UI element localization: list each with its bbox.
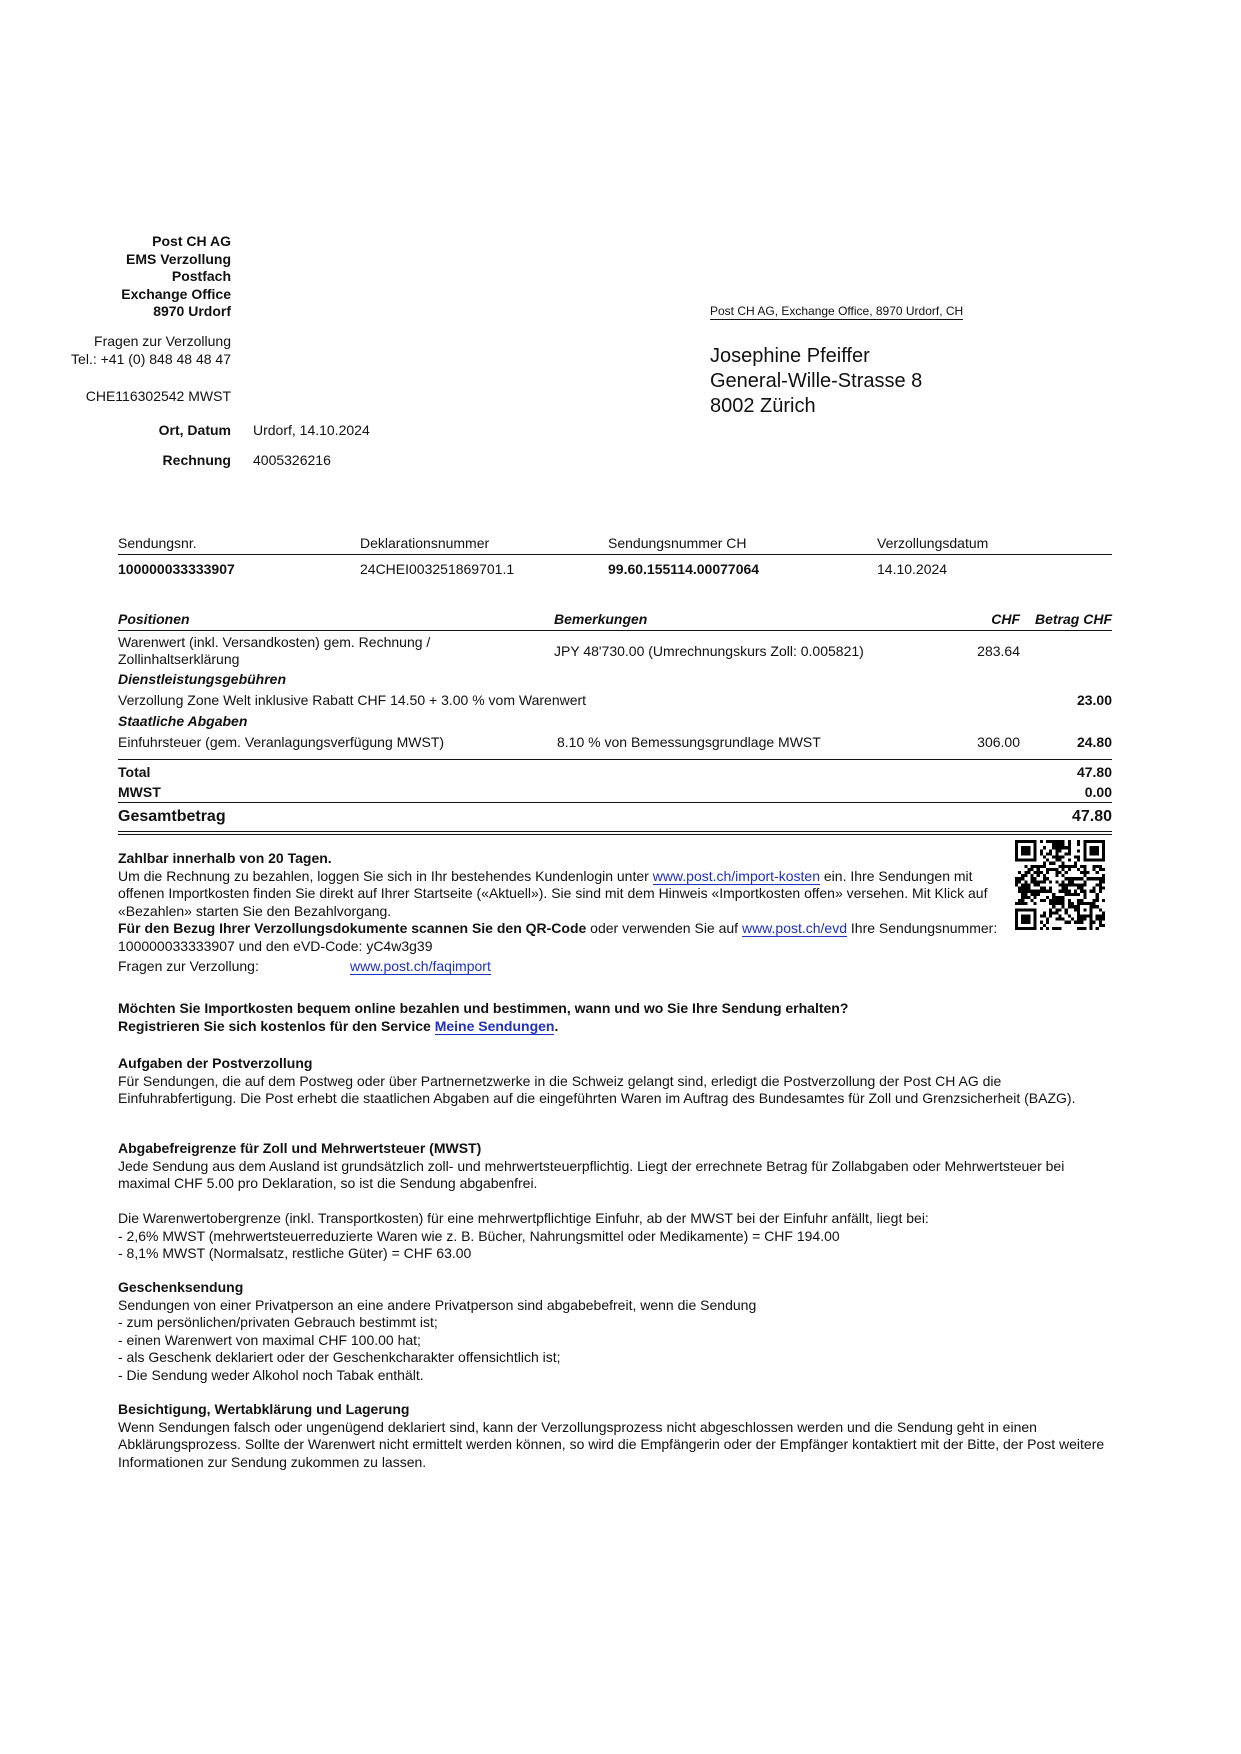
positions-table: Positionen Bemerkungen CHF Betrag CHF Wa… (118, 611, 1112, 753)
faq-label: Fragen zur Verzollung: (118, 958, 350, 975)
shipment-number: 100000033333907 (118, 561, 360, 577)
section-body: Für Sendungen, die auf dem Postweg oder … (118, 1073, 1112, 1108)
totals: Total 47.80 MWST 0.00 (118, 759, 1112, 802)
sender-line: Postfach (40, 268, 231, 286)
promo-line: Möchten Sie Importkosten bequem online b… (118, 999, 1112, 1017)
col-header: Sendungsnr. (118, 535, 360, 551)
invoice-row: Rechnung 4005326216 (40, 452, 540, 468)
date-row: Ort, Datum Urdorf, 14.10.2024 (40, 422, 540, 438)
position-desc: Warenwert (inkl. Versandkosten) gem. Rec… (118, 634, 554, 668)
section-title: Geschenksendung (118, 1279, 1112, 1297)
evd-link[interactable]: www.post.ch/evd (742, 920, 847, 937)
list-item: - zum persönlichen/privaten Gebrauch bes… (118, 1314, 1112, 1332)
documents-instructions: Für den Bezug Ihrer Verzollungsdokumente… (118, 920, 998, 955)
sender-line: Post CH AG (40, 233, 231, 251)
invoice-number: 4005326216 (253, 452, 331, 468)
text: Um die Rechnung zu bezahlen, loggen Sie … (118, 868, 653, 884)
col-header: Betrag CHF (1020, 611, 1112, 627)
list-item: - 8,1% MWST (Normalsatz, restliche Güter… (118, 1245, 1112, 1263)
grand-total: Gesamtbetrag 47.80 (118, 802, 1112, 835)
grand-total-row: Gesamtbetrag 47.80 (118, 803, 1112, 835)
invoice-label: Rechnung (40, 452, 231, 468)
total-label: Total (118, 762, 150, 782)
section-body: Die Warenwertobergrenze (inkl. Transport… (118, 1210, 1112, 1228)
shipment-table: Sendungsnr. Deklarationsnummer Sendungsn… (118, 535, 1112, 577)
position-amount: 24.80 (1020, 734, 1112, 750)
sender-line: 8970 Urdorf (40, 303, 231, 321)
payment-instructions: Um die Rechnung zu bezahlen, loggen Sie … (118, 868, 998, 921)
position-amount: 23.00 (1020, 692, 1112, 708)
vat-value: 0.00 (1085, 782, 1112, 802)
shipment-number-ch: 99.60.155114.00077064 (608, 561, 877, 577)
section-besichtigung: Besichtigung, Wertabklärung und Lagerung… (118, 1401, 1112, 1471)
promo-line: Registrieren Sie sich kostenlos für den … (118, 1017, 1112, 1035)
text: . (554, 1018, 558, 1034)
col-header: Verzollungsdatum (877, 535, 1112, 551)
section-aufgaben: Aufgaben der Postverzollung Für Sendunge… (118, 1055, 1112, 1108)
sender-address: Post CH AG EMS Verzollung Postfach Excha… (40, 233, 231, 321)
recipient-name: Josephine Pfeiffer (710, 344, 922, 369)
table-row: Verzollung Zone Welt inklusive Rabatt CH… (118, 689, 1112, 711)
list-item: - 2,6% MWST (mehrwertsteuerreduzierte Wa… (118, 1228, 1112, 1246)
section-body: Sendungen von einer Privatperson an eine… (118, 1297, 1112, 1315)
recipient-city: 8002 Zürich (710, 394, 922, 419)
section-title: Besichtigung, Wertabklärung und Lagerung (118, 1401, 1112, 1419)
import-kosten-link[interactable]: www.post.ch/import-kosten (653, 868, 820, 885)
total-value: 47.80 (1077, 762, 1112, 782)
position-remark: 8.10 % von Bemessungsgrundlage MWST (554, 734, 957, 750)
sender-line: Exchange Office (40, 286, 231, 304)
table-row: Warenwert (inkl. Versandkosten) gem. Rec… (118, 633, 1112, 669)
section-abgabe: Abgabefreigrenze für Zoll und Mehrwertst… (118, 1140, 1112, 1263)
col-header: Positionen (118, 611, 554, 627)
vat-row: MWST 0.00 (118, 782, 1112, 802)
list-item: - Die Sendung weder Alkohol noch Tabak e… (118, 1367, 1112, 1385)
position-desc-line: Warenwert (inkl. Versandkosten) gem. Rec… (118, 634, 554, 651)
position-desc: Einfuhrsteuer (gem. Veranlagungsverfügun… (118, 734, 554, 750)
vat-label: MWST (118, 782, 161, 802)
recipient-street: General-Wille-Strasse 8 (710, 369, 922, 394)
grand-total-label: Gesamtbetrag (118, 803, 226, 831)
col-header: CHF (954, 611, 1020, 627)
position-chf: 283.64 (954, 643, 1020, 660)
section-title: Aufgaben der Postverzollung (118, 1055, 1112, 1073)
col-header: Bemerkungen (554, 611, 954, 627)
text: oder verwenden Sie auf (586, 920, 742, 936)
declaration-number: 24CHEI003251869701.1 (360, 561, 608, 577)
section-geschenk: Geschenksendung Sendungen von einer Priv… (118, 1279, 1112, 1384)
contact-phone: Tel.: +41 (0) 848 48 48 47 (40, 351, 231, 369)
col-header: Deklarationsnummer (360, 535, 608, 551)
section-body: Jede Sendung aus dem Ausland ist grundsä… (118, 1158, 1112, 1193)
text-bold: Für den Bezug Ihrer Verzollungsdokumente… (118, 920, 586, 936)
date-label: Ort, Datum (40, 422, 231, 438)
total-row: Total 47.80 (118, 762, 1112, 782)
date-value: Urdorf, 14.10.2024 (253, 422, 370, 438)
position-desc: Verzollung Zone Welt inklusive Rabatt CH… (118, 692, 1020, 708)
shipment-row: 100000033333907 24CHEI003251869701.1 99.… (118, 555, 1112, 577)
clearance-date: 14.10.2024 (877, 561, 1112, 577)
position-desc-line: Zollinhaltserklärung (118, 651, 554, 668)
sender-contact: Fragen zur Verzollung Tel.: +41 (0) 848 … (40, 333, 231, 368)
vat-number: CHE116302542 MWST (40, 388, 231, 404)
list-item: - als Geschenk deklariert oder der Gesch… (118, 1349, 1112, 1367)
faq-link[interactable]: www.post.ch/faqimport (350, 958, 491, 975)
group-heading: Dienstleistungsgebühren (118, 669, 1112, 689)
sender-line: EMS Verzollung (40, 251, 231, 269)
payment-info: Zahlbar innerhalb von 20 Tagen. Um die R… (118, 850, 998, 955)
payment-due: Zahlbar innerhalb von 20 Tagen. (118, 850, 998, 868)
faq-row: Fragen zur Verzollung: www.post.ch/faqim… (118, 958, 491, 975)
return-address: Post CH AG, Exchange Office, 8970 Urdorf… (710, 304, 963, 320)
positions-header: Positionen Bemerkungen CHF Betrag CHF (118, 611, 1112, 631)
text: Registrieren Sie sich kostenlos für den … (118, 1018, 435, 1034)
grand-total-value: 47.80 (1072, 803, 1112, 831)
promo: Möchten Sie Importkosten bequem online b… (118, 999, 1112, 1035)
qr-code-icon[interactable] (1015, 840, 1105, 930)
recipient-address: Josephine Pfeiffer General-Wille-Strasse… (710, 344, 922, 419)
section-title: Abgabefreigrenze für Zoll und Mehrwertst… (118, 1140, 1112, 1158)
table-row: Einfuhrsteuer (gem. Veranlagungsverfügun… (118, 731, 1112, 753)
meine-sendungen-link[interactable]: Meine Sendungen (435, 1018, 555, 1035)
position-remark: JPY 48'730.00 (Umrechnungskurs Zoll: 0.0… (554, 643, 954, 660)
position-chf: 306.00 (954, 734, 1020, 750)
group-heading: Staatliche Abgaben (118, 711, 1112, 731)
section-body: Wenn Sendungen falsch oder ungenügend de… (118, 1419, 1112, 1472)
col-header: Sendungsnummer CH (608, 535, 877, 551)
list-item: - einen Warenwert von maximal CHF 100.00… (118, 1332, 1112, 1350)
contact-label: Fragen zur Verzollung (40, 333, 231, 351)
shipment-header: Sendungsnr. Deklarationsnummer Sendungsn… (118, 535, 1112, 555)
